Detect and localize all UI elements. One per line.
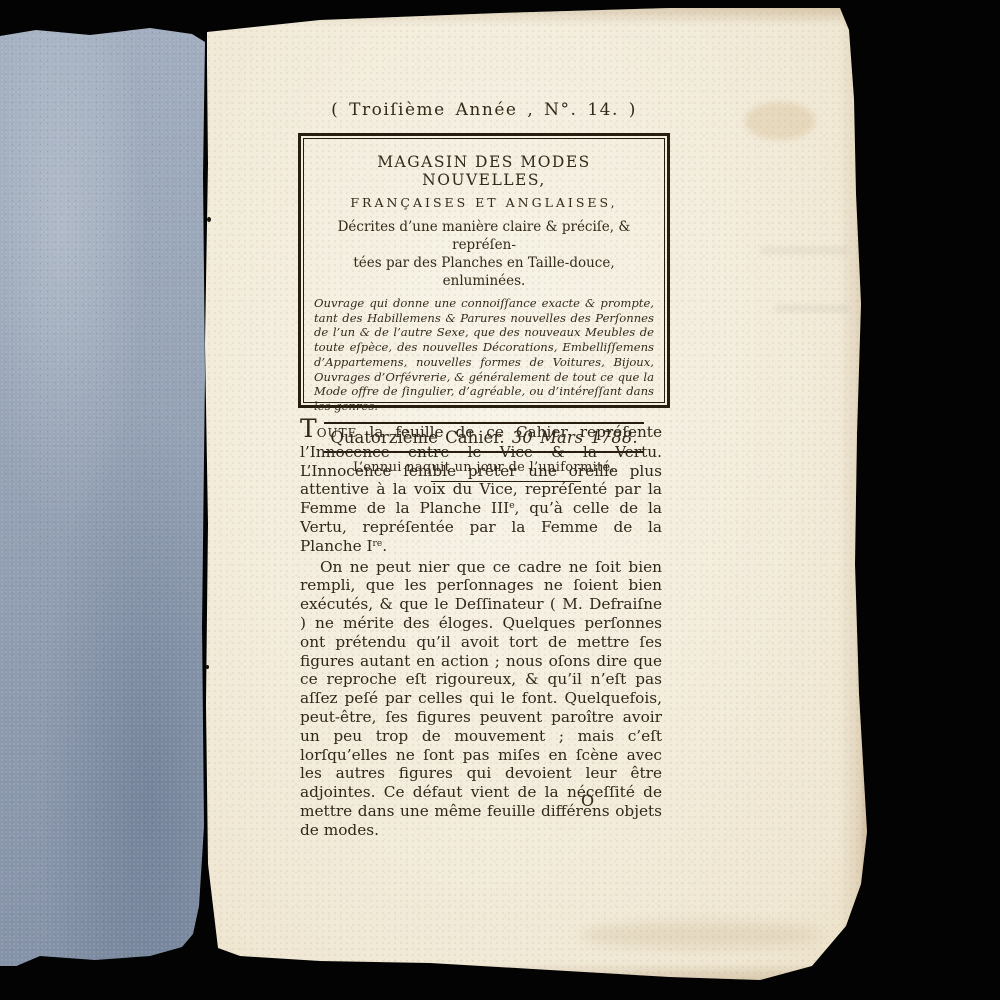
issue-header: ( Troiſième Année , N°. 14. )	[278, 100, 690, 120]
article-paragraph-2: On ne peut nier que ce cadre ne ſoit bie…	[300, 558, 662, 840]
signature-mark: O	[581, 791, 594, 810]
article-text: TOUTE la feuille de ce Cahier repréſente…	[300, 423, 662, 840]
masthead-prospectus: Ouvrage qui donne une connoiſſance exact…	[314, 296, 654, 414]
plate-superscript: re	[373, 539, 383, 549]
masthead-subtitle: Décrites d’une manière claire & préciſe,…	[314, 218, 654, 290]
printed-page-content: ( Troiſième Année , N°. 14. ) MAGASIN DE…	[0, 0, 1000, 1000]
article-paragraph-1: TOUTE la feuille de ce Cahier repréſente…	[300, 423, 662, 556]
smallcaps-word: OUTE	[317, 426, 358, 440]
masthead-subtitle-line1: Décrites d’une manière claire & préciſe,…	[314, 218, 654, 254]
masthead-subtitle-line2: tées par des Planches en Taille-douce, e…	[314, 254, 654, 290]
masthead-box-inner: MAGASIN DES MODES NOUVELLES, FRANÇAISES …	[303, 138, 665, 403]
magazine-title-line2: FRANÇAISES ET ANGLAISES,	[314, 195, 654, 210]
magazine-title: MAGASIN DES MODES NOUVELLES,	[314, 153, 654, 189]
masthead-box: MAGASIN DES MODES NOUVELLES, FRANÇAISES …	[298, 133, 670, 408]
drop-initial: T	[300, 414, 317, 443]
paragraph-text: .	[382, 537, 387, 555]
